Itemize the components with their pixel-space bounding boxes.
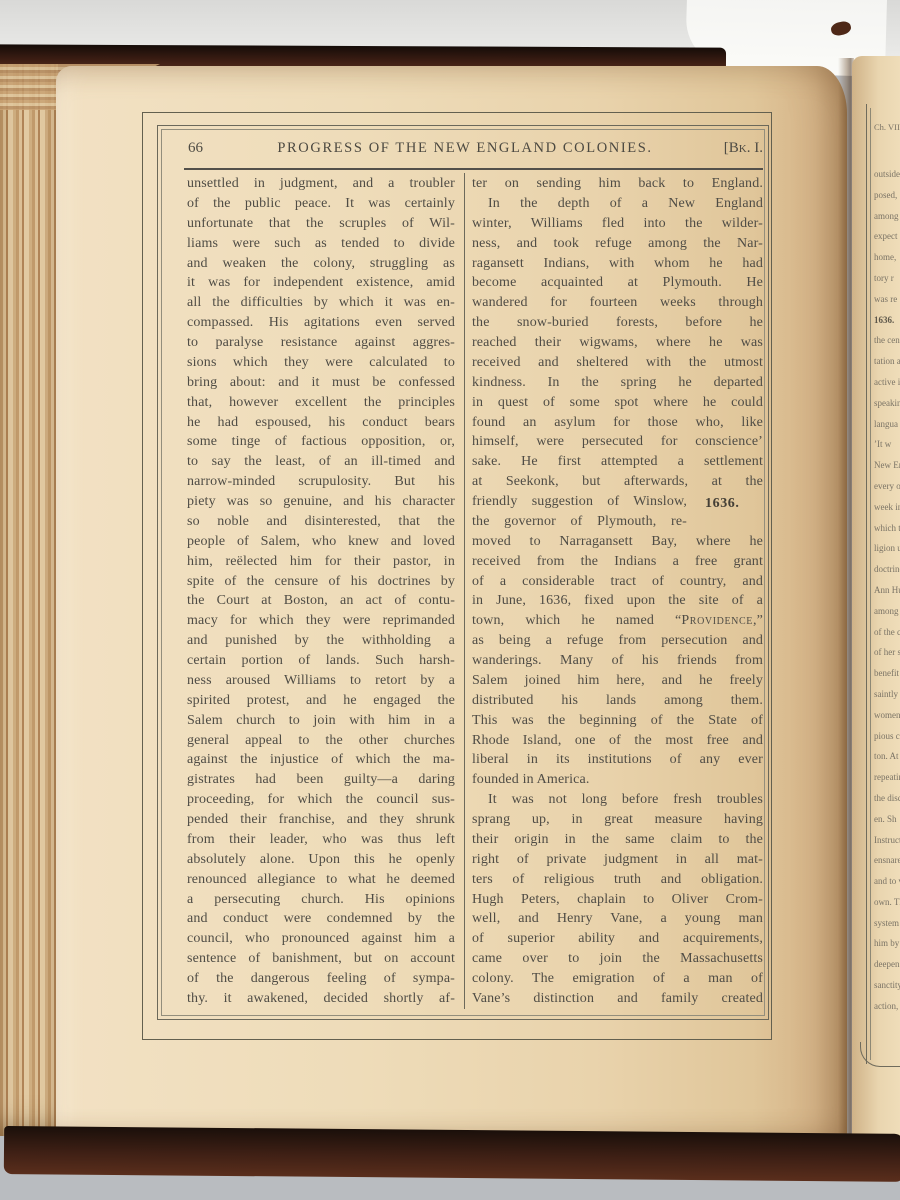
next-page-text-fragment: own. Th [874, 892, 900, 913]
next-page-text-fragment: which the [874, 518, 900, 539]
next-page-border-rule [866, 104, 867, 1064]
text-line: moved to Narragansett Bay, where he [472, 532, 763, 552]
text-line: macy for which they were reprimanded [187, 611, 455, 631]
next-page-running-header: Ch. VII.] [874, 122, 900, 132]
text-line: thy. it awakened, decided shortly af- [187, 989, 455, 1009]
text-line: so noble and disinterested, that the [187, 512, 455, 532]
text-line: spite of the censure of his doctrines by [187, 572, 455, 592]
text-line: he had espoused, his conduct bears [187, 413, 455, 433]
next-page-text-fragment: tory r [874, 268, 900, 289]
text-line: become acquainted at Plymouth. He [472, 273, 763, 293]
text-line: general appeal to the other churches [187, 731, 455, 751]
next-page-text-fragment: among [874, 206, 900, 227]
small-caps-word: Providence [681, 613, 753, 628]
next-page-text-fragment: repeating [874, 767, 900, 788]
text-line: renounced allegiance to what he deemed [187, 870, 455, 890]
text-line: of the dangerous feeling of sympa- [187, 969, 455, 989]
next-page-text-fragment: home, [874, 247, 900, 268]
text-line: founded in America. [472, 770, 763, 790]
text-line: to paralyse resistance against aggres- [187, 333, 455, 353]
text-line: Hugh Peters, chaplain to Oliver Crom- [472, 890, 763, 910]
text-line: It was not long before fresh troubles [472, 790, 763, 810]
text-line: Rhode Island, one of the most free and [472, 731, 763, 751]
next-page-text-fragment: posed, [874, 185, 900, 206]
text-line: and weaken the colony, struggling as [187, 254, 455, 274]
next-page-text-fragment: tation an [874, 351, 900, 372]
text-line: colony. The emigration of a man of [472, 969, 763, 989]
text-line: ness aroused Williams to retort by a [187, 671, 455, 691]
text-line: well, and Henry Vane, a young man [472, 909, 763, 929]
next-page-text-fragment: Ann Hut [874, 580, 900, 601]
text-line: and punished by the withholding a [187, 631, 455, 651]
text-line: friendly suggestion of Winslow, [472, 492, 687, 512]
text-line: sions which they were calculated to [187, 353, 455, 373]
next-page-text-fragment: him by fr [874, 933, 900, 954]
next-page-text-fragment: system wi [874, 913, 900, 934]
text-line: This was the beginning of the State of [472, 711, 763, 731]
next-page-text-fragment: ton. At f [874, 746, 900, 767]
margin-year-note: 1636. [705, 496, 765, 512]
next-page-text-fragment: langua [874, 414, 900, 435]
text-line: compassed. His agitations even served [187, 313, 455, 333]
text-line: Salem church to join with him in a [187, 711, 455, 731]
text-line: wanderings. Many of his friends from [472, 651, 763, 671]
text-line: gistrates had been guilty—a daring [187, 770, 455, 790]
next-page-text-fragment: benefit [874, 663, 900, 684]
header-rule [184, 168, 763, 170]
next-page-text-fragment: Instruction [874, 830, 900, 851]
next-page-text-fragment: 1636. [874, 310, 900, 331]
book-reference: [Bk. I. [690, 140, 763, 157]
next-page-text-fragment: sanctity of [874, 975, 900, 996]
text-line: unfortunate that the scruples of Wil- [187, 214, 455, 234]
text-line: certain portion of lands. Such harsh- [187, 651, 455, 671]
next-page-text-fragments: outsideposed,amongexpecthome,tory rwas r… [874, 164, 900, 1017]
next-page-text-fragment: of the col [874, 622, 900, 643]
text-line: and conduct were condemned by the [187, 909, 455, 929]
next-page-text-fragment: women, n [874, 705, 900, 726]
text-line: some tinge of factious opposition, or, [187, 432, 455, 452]
next-page-text-fragment: action, or [874, 996, 900, 1017]
next-page-text-fragment: saintly [874, 684, 900, 705]
next-page-text-fragment: of her s [874, 642, 900, 663]
page-fore-edges [0, 64, 58, 1136]
text-line: the governor of Plymouth, re- [472, 512, 687, 532]
left-column: unsettled in judgment, and a troublerof … [187, 174, 455, 1009]
text-line: found an asylum for those who, like [472, 413, 763, 433]
text-line: of superior ability and acquirements, [472, 929, 763, 949]
text-line: kindness. In the spring he departed [472, 373, 763, 393]
next-page-text-fragment: was re [874, 289, 900, 310]
text-line: pended their franchise, and they shrunk [187, 810, 455, 830]
right-column: ter on sending him back to England.In th… [472, 174, 763, 1009]
text-line: Vane’s distinction and family created [472, 989, 763, 1009]
next-page-border-rule-2 [870, 108, 871, 1060]
next-page-text-fragment: the discou [874, 788, 900, 809]
text-line: that, however excellent the principles [187, 393, 455, 413]
next-page-text-fragment: ligion un [874, 538, 900, 559]
text-line: Salem joined him here, and he freely [472, 671, 763, 691]
next-page-text-fragment: among th [874, 601, 900, 622]
next-page-text-fragment: doctrines [874, 559, 900, 580]
text-line: council, who pronounced against him a [187, 929, 455, 949]
text-line: sake. He first attempted a settlement [472, 452, 763, 472]
text-line: him, reëlected him for their pastor, in [187, 552, 455, 572]
text-line: in quest of some spot where he could [472, 393, 763, 413]
text-line: town, which he named “Providence,” [472, 611, 763, 631]
text-line: against the injustice of which the ma- [187, 750, 455, 770]
book-photo: 66 PROGRESS OF THE NEW ENGLAND COLONIES.… [0, 0, 900, 1200]
text-line: received from the Indians a free grant [472, 552, 763, 572]
next-page-text-fragment: outside [874, 164, 900, 185]
next-page-text-fragment: deepen an [874, 954, 900, 975]
text-line: narrow-minded scrupulosity. But his [187, 472, 455, 492]
next-page-text-fragment: the cens [874, 330, 900, 351]
text-line: all the difficulties by which it was en- [187, 293, 455, 313]
text-line: distributed his lands among them. [472, 691, 763, 711]
text-line: liams were such as tended to divide [187, 234, 455, 254]
text-line: sprang up, in great measure having [472, 810, 763, 830]
text-line: ness, and took refuge among the Nar- [472, 234, 763, 254]
text-line: liberal in its institutions of any ever [472, 750, 763, 770]
next-page-text-fragment: pious care [874, 726, 900, 747]
text-line: of the public peace. It was certainly [187, 194, 455, 214]
text-line: people of Salem, who knew and loved [187, 532, 455, 552]
text-line: as being a refuge from persecution and [472, 631, 763, 651]
text-line: it was for independent existence, amid [187, 273, 455, 293]
book-cover-bottom-edge [4, 1126, 900, 1182]
text-line: in June, 1636, fixed upon the site of a [472, 591, 763, 611]
text-line: ragansett Indians, with whom he had [472, 254, 763, 274]
text-line: himself, were persecuted for conscience’ [472, 432, 763, 452]
text-line: came over to join the Massachusetts [472, 949, 763, 969]
running-title: PROGRESS OF THE NEW ENGLAND COLONIES. [160, 140, 770, 157]
text-line: proceeding, for which the council sus- [187, 790, 455, 810]
text-line: their origin in the same claim to the [472, 830, 763, 850]
text-line: the Court at Boston, an act of contu- [187, 591, 455, 611]
text-line: In the depth of a New England [472, 194, 763, 214]
next-page-sliver: Ch. VII.] outsideposed,amongexpecthome,t… [852, 56, 900, 1148]
text-line: of a considerable tract of country, and [472, 572, 763, 592]
next-page-text-fragment: active in [874, 372, 900, 393]
text-line: reached their wigwams, where he was [472, 333, 763, 353]
next-page-text-fragment: week in [874, 497, 900, 518]
next-page-text-fragment: every o [874, 476, 900, 497]
next-page-text-fragment: speakin [874, 393, 900, 414]
text-line: right of private judgment in all mat- [472, 850, 763, 870]
column-divider-rule [464, 173, 465, 1009]
text-line: a persecuting church. His opinions [187, 890, 455, 910]
text-line: spirited protest, and he engaged the [187, 691, 455, 711]
text-line: bring about: and it must be confessed [187, 373, 455, 393]
text-line: piety was so genuine, and his character [187, 492, 455, 512]
next-page-text-fragment: ’It w [874, 434, 900, 455]
text-line: the snow-buried forests, before he [472, 313, 763, 333]
next-page-text-fragment: expect [874, 226, 900, 247]
text-line: wandered for fourteen weeks through [472, 293, 763, 313]
next-page-text-fragment: en. Sh [874, 809, 900, 830]
next-page-text-fragment: New Eng [874, 455, 900, 476]
text-line: ter on sending him back to England. [472, 174, 763, 194]
text-line: at Seekonk, but afterwards, at the [472, 472, 763, 492]
text-line: from their leader, who was thus left [187, 830, 455, 850]
text-line: ters of religious truth and obligation. [472, 870, 763, 890]
text-line: absolutely alone. Upon this he openly [187, 850, 455, 870]
text-line: sentence of banishment, but on account [187, 949, 455, 969]
text-line: winter, Williams fled into the wilder- [472, 214, 763, 234]
next-page-text-fragment: ensnare a [874, 850, 900, 871]
text-line: unsettled in judgment, and a troubler [187, 174, 455, 194]
text-line: to say the least, of an ill-timed and [187, 452, 455, 472]
next-page-text-fragment: and to van [874, 871, 900, 892]
text-line: received and sheltered with the utmost [472, 353, 763, 373]
